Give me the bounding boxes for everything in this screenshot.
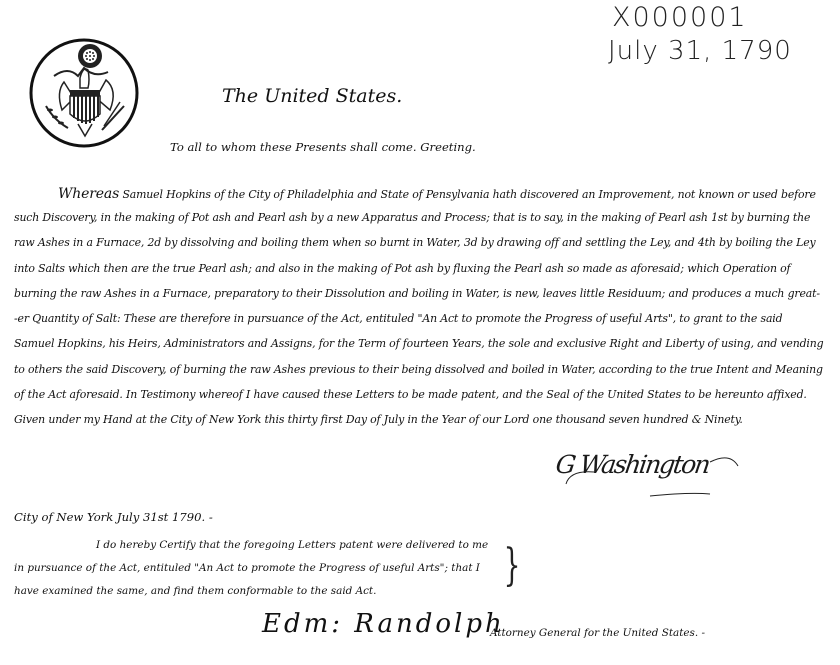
body-line: of the Act aforesaid. In Testimony where… (14, 388, 807, 401)
patent-date: July 31, 1790 (608, 36, 792, 66)
signature-washington: G Washington (554, 450, 711, 479)
body-line: to others the said Discovery, of burning… (14, 363, 823, 376)
body-line: Whereas Samuel Hopkins of the City of Ph… (58, 186, 816, 202)
certification-line: in pursuance of the Act, entituled "An A… (14, 562, 480, 574)
great-seal-icon (28, 36, 140, 150)
signer-title: Attorney General for the United States. … (490, 627, 705, 639)
certification-place-date: City of New York July 31st 1790. - (14, 510, 213, 524)
signature-randolph: Edm: Randolph (262, 609, 505, 639)
body-line: burning the raw Ashes in a Furnace, prep… (14, 287, 820, 300)
salutation: To all to whom these Presents shall come… (170, 140, 476, 154)
brace-icon: } (504, 540, 521, 591)
certification-line: I do hereby Certify that the foregoing L… (96, 539, 488, 551)
body-line: Given under my Hand at the City of New Y… (14, 413, 743, 426)
certification-line: have examined the same, and find them co… (14, 585, 376, 597)
body-line: Samuel Hopkins, his Heirs, Administrator… (14, 337, 823, 350)
body-line: -er Quantity of Salt: These are therefor… (14, 312, 782, 325)
body-line: such Discovery, in the making of Pot ash… (14, 211, 810, 224)
body-lead-word: Whereas (58, 186, 119, 202)
document-title: The United States. (222, 85, 402, 107)
body-line: raw Ashes in a Furnace, 2d by dissolving… (14, 236, 816, 249)
body-line: into Salts which then are the true Pearl… (14, 262, 790, 275)
patent-number: X000001 (612, 2, 748, 33)
